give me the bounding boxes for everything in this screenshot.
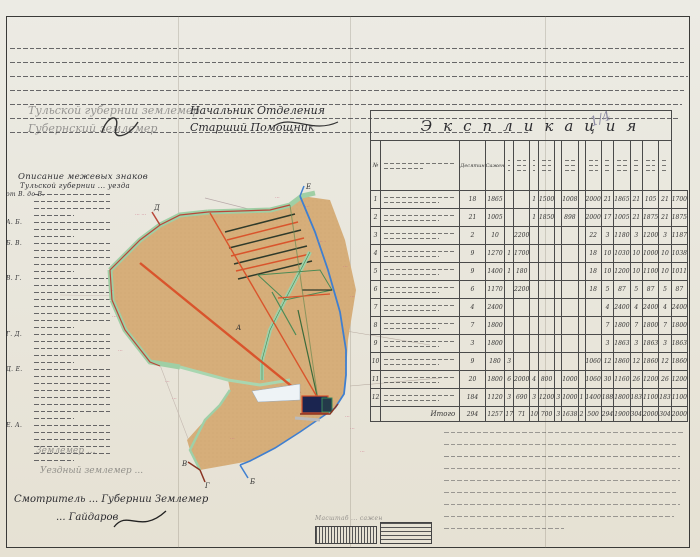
- row-value: 1863: [614, 335, 630, 353]
- row-number: 6: [371, 281, 381, 299]
- row-value: 26: [659, 371, 671, 389]
- row-value: [514, 335, 530, 353]
- scale-bar-secondary: [380, 522, 432, 544]
- row-value: 1: [578, 389, 585, 407]
- row-value: 1000: [562, 371, 578, 389]
- row-value: [530, 335, 539, 353]
- row-value: [555, 317, 562, 335]
- row-value: 2: [578, 407, 585, 422]
- row-value: [562, 353, 578, 371]
- row-value: 12: [659, 353, 671, 371]
- row-value: 3: [530, 389, 539, 407]
- explication-table: №ДесятинСажен 11818651150010082000211865…: [370, 110, 688, 422]
- svg-text:···: ···: [343, 264, 348, 270]
- row-value: 7: [659, 317, 671, 335]
- row-value: 1865: [614, 191, 630, 209]
- row-value: 700: [538, 407, 554, 422]
- svg-text:···: ···: [360, 449, 365, 455]
- row-value: [538, 335, 554, 353]
- row-value: 1400: [485, 263, 505, 281]
- row-value: 1863: [671, 335, 687, 353]
- row-value: 1: [530, 209, 539, 227]
- row-value: 10: [659, 245, 671, 263]
- row-value: 1865: [485, 191, 505, 209]
- svg-text:···: ···: [305, 204, 310, 210]
- explication-column-header: [642, 141, 658, 191]
- row-value: [555, 245, 562, 263]
- svg-text:···: ···: [350, 294, 355, 300]
- row-value: 21: [659, 191, 671, 209]
- row-value: 17: [601, 209, 613, 227]
- row-description: [381, 335, 460, 353]
- row-value: 10: [630, 245, 642, 263]
- row-value: 1800: [485, 371, 505, 389]
- row-value: 1638: [562, 407, 578, 422]
- row-value: [555, 299, 562, 317]
- row-value: [514, 353, 530, 371]
- row-value: 2000: [585, 209, 601, 227]
- row-value: 1200: [614, 263, 630, 281]
- row-value: 294: [460, 407, 485, 422]
- row-value: 1060: [585, 353, 601, 371]
- row-description: [381, 317, 460, 335]
- map-sheet: 1/4 Тульской губернии землемер Губернски…: [0, 0, 700, 557]
- row-value: 1400: [585, 389, 601, 407]
- explication-row: 1218411203690312003100011400188180018311…: [371, 389, 688, 407]
- row-value: 1180: [614, 227, 630, 245]
- row-value: [578, 335, 585, 353]
- row-value: [578, 263, 585, 281]
- svg-text:···: ···: [230, 436, 235, 442]
- explication-row: 931800318633186331863: [371, 335, 688, 353]
- row-value: 1060: [585, 371, 601, 389]
- row-value: 30: [601, 371, 613, 389]
- row-value: 17: [505, 407, 514, 422]
- row-value: 21: [630, 191, 642, 209]
- explication-column-header: [630, 141, 642, 191]
- row-value: 2400: [485, 299, 505, 317]
- row-value: 1863: [642, 335, 658, 353]
- row-value: 1200: [671, 371, 687, 389]
- svg-text:Г: Г: [204, 482, 210, 490]
- row-value: 105: [642, 191, 658, 209]
- row-value: 2200: [514, 227, 530, 245]
- row-value: [505, 317, 514, 335]
- row-value: 1160: [614, 371, 630, 389]
- svg-text:··· ·: ··· ·: [318, 239, 326, 245]
- row-value: 1860: [671, 353, 687, 371]
- row-value: 18: [585, 281, 601, 299]
- row-value: 10: [485, 227, 505, 245]
- row-value: 7: [601, 317, 613, 335]
- row-value: 21: [630, 209, 642, 227]
- row-value: 21: [659, 209, 671, 227]
- row-value: [555, 263, 562, 281]
- row-value: 10: [601, 263, 613, 281]
- row-value: 1011: [671, 263, 687, 281]
- row-value: 2400: [614, 299, 630, 317]
- row-value: 1800: [642, 317, 658, 335]
- row-value: [514, 317, 530, 335]
- row-value: [555, 353, 562, 371]
- row-value: [578, 191, 585, 209]
- explication-column-header: Десятин: [460, 141, 485, 191]
- row-value: [538, 299, 554, 317]
- row-value: 3: [505, 353, 514, 371]
- explication-column-header: [562, 141, 578, 191]
- scale-bar-label: Масштаб ... сажен: [315, 515, 383, 522]
- row-value: [530, 281, 539, 299]
- row-value: 87: [671, 281, 687, 299]
- row-value: [578, 245, 585, 263]
- row-value: 1: [505, 263, 514, 281]
- row-value: 183: [630, 389, 642, 407]
- row-value: 71: [514, 407, 530, 422]
- row-value: [562, 245, 578, 263]
- row-value: 3: [555, 407, 562, 422]
- row-value: 3: [505, 389, 514, 407]
- row-value: 1850: [538, 209, 554, 227]
- row-value: [530, 227, 539, 245]
- row-value: [530, 299, 539, 317]
- row-value: [505, 209, 514, 227]
- explication-row: 1120180062000480010001060301160261200261…: [371, 371, 688, 389]
- explication-column-header: [538, 141, 554, 191]
- svg-text:Д: Д: [153, 204, 160, 212]
- row-value: 294: [601, 407, 613, 422]
- svg-text:··· ···: ··· ···: [135, 212, 147, 218]
- row-value: [555, 335, 562, 353]
- row-value: 5: [659, 281, 671, 299]
- explication-row: 742400424004240042400: [371, 299, 688, 317]
- row-number: 2: [371, 209, 381, 227]
- row-value: [578, 281, 585, 299]
- row-value: 180: [514, 263, 530, 281]
- row-value: [578, 353, 585, 371]
- explication-column-header: [585, 141, 601, 191]
- certification-note: [444, 432, 688, 540]
- row-value: 2000: [514, 371, 530, 389]
- row-value: 2400: [642, 299, 658, 317]
- row-value: 3: [659, 227, 671, 245]
- row-value: 1005: [485, 209, 505, 227]
- row-value: 1800: [485, 335, 505, 353]
- row-value: 2200: [514, 281, 530, 299]
- explication-column-header: [578, 141, 585, 191]
- explication-row: 871800718007180071800: [371, 317, 688, 335]
- row-value: [505, 299, 514, 317]
- row-value: 2000: [585, 191, 601, 209]
- row-value: [555, 191, 562, 209]
- row-value: 18: [585, 245, 601, 263]
- row-value: [538, 263, 554, 281]
- row-value: [505, 227, 514, 245]
- row-value: 183: [659, 389, 671, 407]
- row-value: 2000: [671, 407, 687, 422]
- row-value: 21: [460, 209, 485, 227]
- row-value: [562, 335, 578, 353]
- row-value: [514, 299, 530, 317]
- row-value: 1100: [642, 389, 658, 407]
- row-number: 8: [371, 317, 381, 335]
- explication-row: 4912701170018101030101000101038: [371, 245, 688, 263]
- row-value: [538, 317, 554, 335]
- row-value: [562, 263, 578, 281]
- row-number: 5: [371, 263, 381, 281]
- row-description: [381, 371, 460, 389]
- svg-text:···: ···: [118, 348, 123, 354]
- row-value: 184: [460, 389, 485, 407]
- row-number: 4: [371, 245, 381, 263]
- row-value: [578, 317, 585, 335]
- boundary-mark-label: Е: [305, 183, 311, 191]
- row-value: 4: [630, 299, 642, 317]
- row-value: 12: [630, 353, 642, 371]
- row-value: 1187: [671, 227, 687, 245]
- svg-text:···: ···: [350, 426, 355, 432]
- row-value: 4: [601, 299, 613, 317]
- row-value: [562, 227, 578, 245]
- row-number: 7: [371, 299, 381, 317]
- row-description: [381, 353, 460, 371]
- row-value: 1000: [562, 389, 578, 407]
- row-value: 3: [601, 335, 613, 353]
- row-value: 6: [460, 281, 485, 299]
- row-description: [381, 245, 460, 263]
- row-value: 1257: [485, 407, 505, 422]
- row-value: 690: [514, 389, 530, 407]
- row-value: [585, 335, 601, 353]
- row-value: [562, 281, 578, 299]
- row-value: [538, 281, 554, 299]
- svg-text:···: ···: [165, 379, 170, 385]
- row-value: 1100: [671, 389, 687, 407]
- svg-text:Б: Б: [249, 478, 255, 486]
- svg-text:А: А: [235, 324, 241, 332]
- svg-text:··: ··: [110, 288, 114, 294]
- row-value: 18: [585, 263, 601, 281]
- row-value: 304: [630, 407, 642, 422]
- svg-text:···: ···: [345, 414, 350, 420]
- row-value: [514, 191, 530, 209]
- row-number: 11: [371, 371, 381, 389]
- row-value: 3: [601, 227, 613, 245]
- row-value: 1200: [642, 227, 658, 245]
- row-value: 1: [505, 245, 514, 263]
- row-value: 3: [630, 335, 642, 353]
- row-value: 1270: [485, 245, 505, 263]
- row-value: 500: [585, 407, 601, 422]
- row-number: 12: [371, 389, 381, 407]
- row-value: 1800: [614, 317, 630, 335]
- explication-row: 661170220018587587587: [371, 281, 688, 299]
- row-value: [555, 281, 562, 299]
- svg-text:···: ···: [275, 195, 280, 201]
- explication-column-header: [659, 141, 671, 191]
- row-value: 1200: [538, 389, 554, 407]
- explication-column-header: Сажен: [485, 141, 505, 191]
- row-value: 7: [630, 317, 642, 335]
- row-value: 3: [630, 227, 642, 245]
- row-value: [505, 191, 514, 209]
- row-value: 1800: [671, 317, 687, 335]
- row-value: [505, 281, 514, 299]
- row-value: 1875: [671, 209, 687, 227]
- row-value: [578, 299, 585, 317]
- row-value: [538, 227, 554, 245]
- row-value: 87: [614, 281, 630, 299]
- explication-column-header: [555, 141, 562, 191]
- row-value: 898: [562, 209, 578, 227]
- row-value: 1170: [485, 281, 505, 299]
- explication-total-row: Итого29412571771107003163825002941900304…: [371, 407, 688, 422]
- row-description: [381, 227, 460, 245]
- row-value: 9: [460, 245, 485, 263]
- row-value: [530, 353, 539, 371]
- row-number: 10: [371, 353, 381, 371]
- explication-column-header: [530, 141, 539, 191]
- row-value: 1860: [614, 353, 630, 371]
- row-value: [505, 335, 514, 353]
- explication-column-header: №: [371, 141, 381, 191]
- explication-row: 2211005118508982000171005211875211875: [371, 209, 688, 227]
- row-value: 1800: [614, 389, 630, 407]
- row-value: 188: [601, 389, 613, 407]
- row-value: 2: [460, 227, 485, 245]
- row-value: [530, 245, 539, 263]
- row-value: 10: [659, 263, 671, 281]
- row-value: [562, 299, 578, 317]
- row-value: 1860: [642, 353, 658, 371]
- row-value: 4: [460, 299, 485, 317]
- explication-row: 10918031060121860121860121860: [371, 353, 688, 371]
- row-description: [381, 281, 460, 299]
- row-value: [530, 317, 539, 335]
- row-value: 9: [460, 353, 485, 371]
- row-value: 180: [485, 353, 505, 371]
- row-value: 2000: [642, 407, 658, 422]
- row-value: 7: [460, 317, 485, 335]
- row-value: 18: [460, 191, 485, 209]
- row-value: 20: [460, 371, 485, 389]
- row-value: 3: [659, 335, 671, 353]
- row-value: [555, 209, 562, 227]
- row-value: 21: [601, 191, 613, 209]
- row-value: 9: [460, 263, 485, 281]
- row-value: 1: [530, 191, 539, 209]
- row-value: [514, 209, 530, 227]
- row-value: 3: [555, 389, 562, 407]
- explication-column-header: [381, 141, 460, 191]
- row-value: [538, 353, 554, 371]
- row-value: 1120: [485, 389, 505, 407]
- row-value: 1030: [614, 245, 630, 263]
- row-value: 4: [530, 371, 539, 389]
- row-value: [585, 299, 601, 317]
- row-value: [578, 227, 585, 245]
- row-number: [371, 407, 381, 422]
- explication-column-header: [614, 141, 630, 191]
- row-description: [381, 389, 460, 407]
- row-value: 10: [530, 407, 539, 422]
- row-value: 3: [460, 335, 485, 353]
- explication-column-header: [505, 141, 514, 191]
- explication-column-header: [601, 141, 613, 191]
- row-value: 1200: [642, 371, 658, 389]
- row-value: 6: [505, 371, 514, 389]
- row-value: [578, 371, 585, 389]
- row-value: 1875: [642, 209, 658, 227]
- row-number: 1: [371, 191, 381, 209]
- row-value: 1100: [642, 263, 658, 281]
- row-value: 10: [601, 245, 613, 263]
- row-value: 87: [642, 281, 658, 299]
- row-description: [381, 209, 460, 227]
- row-value: 1500: [538, 191, 554, 209]
- row-value: 1005: [614, 209, 630, 227]
- row-value: 1008: [562, 191, 578, 209]
- row-value: 1800: [485, 317, 505, 335]
- row-value: [555, 227, 562, 245]
- row-number: 9: [371, 335, 381, 353]
- svg-text:···: ···: [112, 314, 117, 320]
- row-value: 1700: [514, 245, 530, 263]
- row-value: 800: [538, 371, 554, 389]
- row-value: [555, 371, 562, 389]
- row-description: [381, 299, 460, 317]
- row-value: 1700: [671, 191, 687, 209]
- row-number: 3: [371, 227, 381, 245]
- svg-text:В: В: [181, 460, 187, 468]
- row-description: [381, 191, 460, 209]
- row-description: Итого: [381, 407, 460, 422]
- row-value: [538, 245, 554, 263]
- row-value: 1000: [642, 245, 658, 263]
- row-value: 4: [659, 299, 671, 317]
- row-value: 10: [630, 263, 642, 281]
- svg-text:···: ···: [172, 396, 177, 402]
- explication-row: 1181865115001008200021186521105211700: [371, 191, 688, 209]
- row-description: [381, 263, 460, 281]
- explication-row: 3210220022311803120031187: [371, 227, 688, 245]
- row-value: [585, 317, 601, 335]
- row-value: 1038: [671, 245, 687, 263]
- row-value: [578, 209, 585, 227]
- row-value: [562, 317, 578, 335]
- row-value: 2400: [671, 299, 687, 317]
- scale-bar: [315, 526, 377, 544]
- row-value: [530, 263, 539, 281]
- row-value: 1900: [614, 407, 630, 422]
- row-value: 22: [585, 227, 601, 245]
- row-value: 12: [601, 353, 613, 371]
- row-value: 304: [659, 407, 671, 422]
- row-value: 26: [630, 371, 642, 389]
- row-value: 5: [630, 281, 642, 299]
- row-value: 5: [601, 281, 613, 299]
- explication-column-header: [514, 141, 530, 191]
- explication-row: 591400118018101200101100101011: [371, 263, 688, 281]
